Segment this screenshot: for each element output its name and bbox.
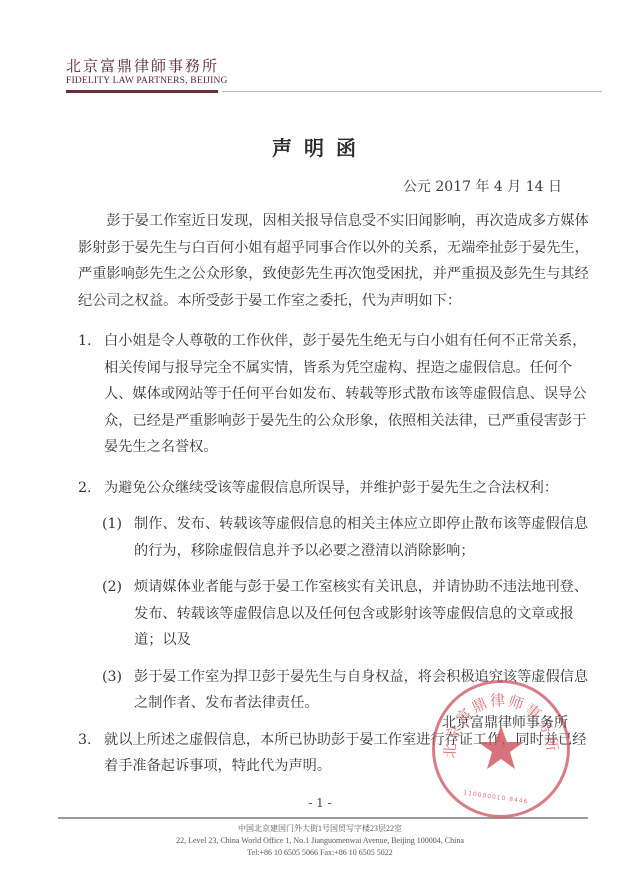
sub-item-number: (2) — [102, 574, 122, 601]
document-title: 声明函 — [0, 132, 640, 161]
list-item: 2. 为避免公众继续受该等虚假信息所误导，并维护彭于晏先生之合法权利： — [78, 475, 598, 502]
sub-item: (1) 制作、发布、转载该等虚假信息的相关主体应立即停止散布该等虚假信息的行为，… — [78, 511, 598, 564]
item-text: 为避免公众继续受该等虚假信息所误导，并维护彭于晏先生之合法权利： — [104, 480, 558, 496]
official-seal: 北京富鼎律师事务所 110000010 8446 — [432, 680, 570, 818]
item-number: 3. — [78, 727, 92, 754]
sub-item: (2) 烦请媒体业者能与彭于晏工作室核实有关讯息，并请协助不违法地刊登、发布、转… — [78, 574, 598, 654]
footer-address-cn: 中国北京建国门外大街1号国贸写字楼23层22室 — [0, 823, 640, 835]
intro-paragraph: 彭于晏工作室近日发现，因相关报导信息受不实旧闻影响，再次造成多方媒体影射彭于晏先… — [78, 208, 598, 314]
letterhead: 北京富鼎律師事務所 FIDELITY LAW PARTNERS, BEIJING — [66, 58, 576, 87]
sub-item-text: 烦请媒体业者能与彭于晏工作室核实有关讯息，并请协助不违法地刊登、发布、转载该等虚… — [134, 579, 588, 648]
sub-item-number: (3) — [102, 664, 122, 691]
sub-item-text: 制作、发布、转载该等虚假信息的相关主体应立即停止散布该等虚假信息的行为，移除虚假… — [134, 516, 588, 559]
footer: 中国北京建国门外大街1号国贸写字楼23层22室 22, Level 23, Ch… — [0, 823, 640, 859]
letterhead-divider — [222, 91, 602, 92]
list-item: 1. 白小姐是令人尊敬的工作伙伴，彭于晏先生绝无与白小姐有任何不正常关系，相关传… — [78, 328, 598, 461]
letterhead-bar — [66, 90, 218, 93]
sub-item-number: (1) — [102, 511, 122, 538]
signature: 北京富鼎律师事务所 — [442, 712, 568, 732]
footer-contact: Tel:+86 10 6505 5066 Fax:+86 10 6505 502… — [0, 847, 640, 859]
item-text: 白小姐是令人尊敬的工作伙伴，彭于晏先生绝无与白小姐有任何不正常关系，相关传闻与报… — [104, 333, 586, 455]
footer-address-en: 22, Level 23, China World Office 1, No.1… — [0, 835, 640, 847]
firm-name-en: FIDELITY LAW PARTNERS, BEIJING — [66, 76, 576, 87]
firm-name-cn: 北京富鼎律師事務所 — [66, 58, 576, 74]
item-number: 1. — [78, 328, 92, 355]
item-number: 2. — [78, 475, 92, 502]
document-date: 公元 2017 年 4 月 14 日 — [403, 176, 562, 196]
